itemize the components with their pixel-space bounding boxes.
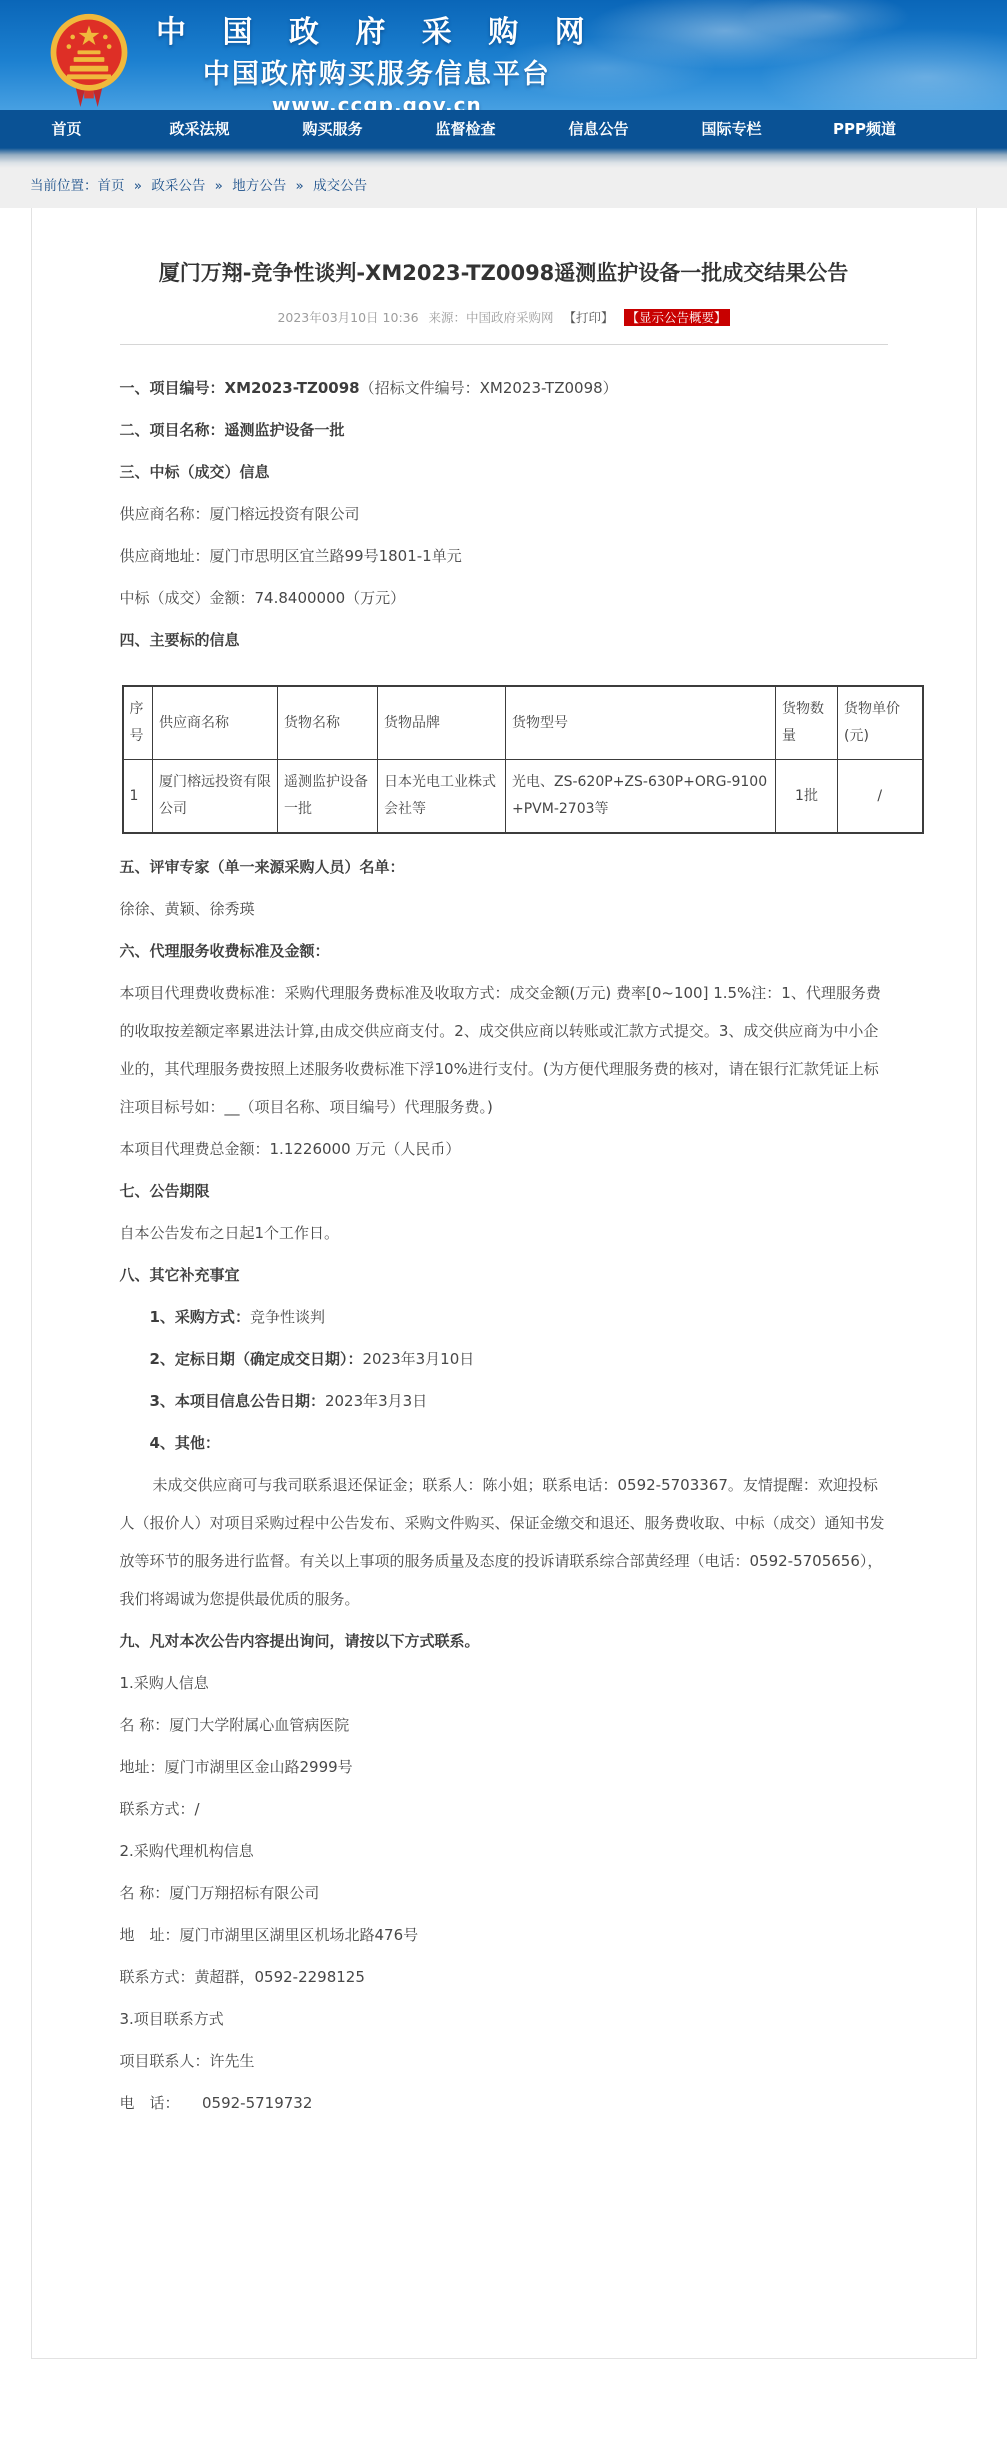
project-contact-heading: 3.项目联系方式: [120, 2000, 888, 2038]
announcement-period-heading: 七、公告期限: [120, 1172, 888, 1210]
supplier-address-line: 供应商地址：厦门市思明区宜兰路99号1801-1单元: [120, 537, 888, 575]
experts-names-line: 徐徐、黄颖、徐秀瑛: [120, 890, 888, 928]
breadcrumb-label: 当前位置：: [30, 178, 98, 194]
contact-section-heading: 九、凡对本次公告内容提出询问，请按以下方式联系。: [120, 1622, 888, 1660]
col-goods-brand: 货物品牌: [378, 686, 506, 759]
col-supplier-name: 供应商名称: [153, 686, 278, 759]
procurement-method-line: 1、采购方式：竞争性谈判: [120, 1298, 888, 1336]
source-label: 来源：中国政府采购网: [429, 310, 554, 325]
cell-goods-quantity: 1批: [776, 759, 838, 833]
experts-heading: 五、评审专家（单一来源采购人员）名单：: [120, 848, 888, 886]
purchaser-contact-line: 联系方式：/: [120, 1790, 888, 1828]
announcement-period-line: 自本公告发布之日起1个工作日。: [120, 1214, 888, 1252]
agency-fee-total-line: 本项目代理费总金额：1.1226000 万元（人民币）: [120, 1130, 888, 1168]
project-number-line: 一、项目编号：XM2023-TZ0098（招标文件编号：XM2023-TZ009…: [120, 369, 888, 407]
award-detail-table: 序号 供应商名称 货物名称 货物品牌 货物型号 货物数量 货物单价(元) 1 厦…: [122, 685, 924, 834]
agency-name-line: 名 称：厦门万翔招标有限公司: [120, 1874, 888, 1912]
nav-item-international[interactable]: 国际专栏: [665, 110, 798, 148]
col-serial-number: 序号: [123, 686, 153, 759]
project-contact-person-line: 项目联系人：许先生: [120, 2042, 888, 2080]
agency-address-line: 地 址：厦门市湖里区湖里区机场北路476号: [120, 1916, 888, 1954]
others-paragraph: 未成交供应商可与我司联系退还保证金；联系人：陈小姐；联系电话：0592-5703…: [120, 1466, 888, 1618]
award-amount-line: 中标（成交）金额：74.8400000（万元）: [120, 579, 888, 617]
cell-goods-unit-price: /: [838, 759, 923, 833]
nav-item-supervision[interactable]: 监督检查: [399, 110, 532, 148]
breadcrumb-procurement-announcements[interactable]: 政采公告: [151, 178, 205, 194]
site-title: 中 国 政 府 采 购 网: [156, 7, 598, 51]
agency-contact-line: 联系方式：黄超群，0592-2298125: [120, 1958, 888, 1996]
project-name-line: 二、项目名称：遥测监护设备一批: [120, 411, 888, 449]
col-goods-name: 货物名称: [278, 686, 378, 759]
nav-fade-divider: [0, 148, 1007, 168]
purchaser-name-line: 名 称：厦门大学附属心血管病医院: [120, 1706, 888, 1744]
article-meta: 2023年03月10日 10:36 来源：中国政府采购网 【打印】 【显示公告概…: [120, 308, 888, 345]
breadcrumb-home[interactable]: 首页: [98, 178, 125, 194]
site-subtitle: 中国政府购买服务信息平台: [156, 52, 598, 91]
agency-info-heading: 2.采购代理机构信息: [120, 1832, 888, 1870]
cell-supplier-name: 厦门榕远投资有限公司: [153, 759, 278, 833]
publish-date: 2023年03月10日 10:36: [277, 310, 418, 325]
site-url: www.ccgp.gov.cn: [156, 93, 598, 110]
article-body: 一、项目编号：XM2023-TZ0098（招标文件编号：XM2023-TZ009…: [120, 369, 888, 2122]
agency-fee-heading: 六、代理服务收费标准及金额：: [120, 932, 888, 970]
info-announcement-date-line: 3、本项目信息公告日期：2023年3月3日: [120, 1382, 888, 1420]
site-header: 中 国 政 府 采 购 网 中国政府购买服务信息平台 www.ccgp.gov.…: [0, 0, 1007, 110]
page-title: 厦门万翔-竞争性谈判-XM2023-TZ0098遥测监护设备一批成交结果公告: [120, 258, 888, 288]
national-emblem-icon: [36, 12, 142, 110]
col-goods-quantity: 货物数量: [776, 686, 838, 759]
article-container: 厦门万翔-竞争性谈判-XM2023-TZ0098遥测监护设备一批成交结果公告 2…: [31, 208, 977, 2359]
nav-item-ppp-channel[interactable]: PPP频道: [798, 110, 931, 148]
print-button[interactable]: 【打印】: [564, 310, 614, 325]
main-nav: 首页 政采法规 购买服务 监督检查 信息公告 国际专栏 PPP频道: [0, 110, 1007, 148]
cell-serial-number: 1: [123, 759, 153, 833]
breadcrumb: 当前位置：首页 » 政采公告 » 地方公告 » 成交公告: [0, 168, 1007, 208]
col-goods-unit-price: 货物单价(元): [838, 686, 923, 759]
show-summary-button[interactable]: 【显示公告概要】: [624, 309, 730, 326]
breadcrumb-separator: »: [134, 178, 142, 194]
others-heading: 4、其他：: [120, 1424, 888, 1462]
breadcrumb-separator: »: [296, 178, 304, 194]
table-row: 1 厦门榕远投资有限公司 遥测监护设备一批 日本光电工业株式会社等 光电、ZS-…: [123, 759, 923, 833]
nav-item-announcements[interactable]: 信息公告: [532, 110, 665, 148]
nav-item-regulations[interactable]: 政采法规: [133, 110, 266, 148]
agency-fee-standard-paragraph: 本项目代理费收费标准：采购代理服务费标准及收取方式：成交金额(万元) 费率[0~…: [120, 974, 888, 1126]
col-goods-model: 货物型号: [506, 686, 776, 759]
award-info-heading: 三、中标（成交）信息: [120, 453, 888, 491]
breadcrumb-deal-announcements[interactable]: 成交公告: [313, 178, 367, 194]
project-contact-phone-line: 电 话： 0592-5719732: [120, 2084, 888, 2122]
breadcrumb-separator: »: [215, 178, 223, 194]
nav-item-home[interactable]: 首页: [0, 110, 133, 148]
table-header-row: 序号 供应商名称 货物名称 货物品牌 货物型号 货物数量 货物单价(元): [123, 686, 923, 759]
breadcrumb-local-announcements[interactable]: 地方公告: [232, 178, 286, 194]
purchaser-info-heading: 1.采购人信息: [120, 1664, 888, 1702]
nav-item-purchase-services[interactable]: 购买服务: [266, 110, 399, 148]
supplier-name-line: 供应商名称：厦门榕远投资有限公司: [120, 495, 888, 533]
supplementary-matters-heading: 八、其它补充事宜: [120, 1256, 888, 1294]
award-date-line: 2、定标日期（确定成交日期）：2023年3月10日: [120, 1340, 888, 1378]
cell-goods-name: 遥测监护设备一批: [278, 759, 378, 833]
main-subject-heading: 四、主要标的信息: [120, 621, 888, 659]
purchaser-address-line: 地址：厦门市湖里区金山路2999号: [120, 1748, 888, 1786]
cell-goods-model: 光电、ZS-620P+ZS-630P+ORG-9100+PVM-2703等: [506, 759, 776, 833]
cell-goods-brand: 日本光电工业株式会社等: [378, 759, 506, 833]
